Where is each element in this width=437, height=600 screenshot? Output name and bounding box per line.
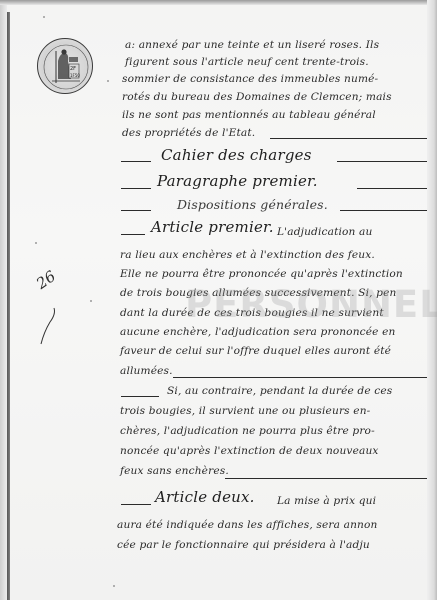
- page-top-edge: [0, 0, 437, 5]
- section-title: Cahier des charges: [161, 148, 312, 162]
- filler-rule: [121, 504, 151, 505]
- filler-rule: [121, 396, 159, 397]
- text-line: figurent sous l'article neuf cent trente…: [125, 55, 369, 69]
- paper-speck: [35, 242, 37, 244]
- text-line: aura été indiquée dans les affiches, ser…: [117, 518, 378, 532]
- filler-rule: [270, 138, 427, 139]
- text-line: ils ne sont pas mentionnés au tableau gé…: [122, 108, 376, 122]
- filler-rule: [337, 161, 427, 162]
- text-line: rotés du bureau des Domaines de Clemcen;…: [122, 90, 392, 104]
- text-line: feux sans enchères.: [120, 464, 229, 478]
- text-line: chères, l'adjudication ne pourra plus êt…: [120, 424, 375, 438]
- paper-speck: [90, 300, 92, 302]
- paper-speck: [43, 16, 45, 18]
- subsection-title: Dispositions générales.: [177, 198, 328, 212]
- text-line: Elle ne pourra être prononcée qu'après l…: [120, 267, 403, 281]
- paper-speck: [113, 585, 115, 587]
- text-line: La mise à prix qui: [277, 494, 376, 508]
- text-line: aucune enchère, l'adjudication sera pron…: [120, 325, 396, 339]
- filler-rule: [357, 188, 427, 189]
- text-line: trois bougies, il survient une ou plusie…: [120, 404, 370, 418]
- binding-shadow: [0, 5, 7, 600]
- text-line: cée par le fonctionnaire qui présidera à…: [117, 538, 370, 552]
- page-right-edge: [427, 0, 437, 600]
- filler-rule: [121, 210, 151, 211]
- binding-margin-line: [7, 12, 10, 600]
- article-title: Article deux.: [155, 490, 255, 504]
- text-line: de trois bougies allumées successivement…: [120, 286, 396, 300]
- text-line: sommier de consistance des immeubles num…: [122, 72, 378, 86]
- text-line: a: annexé par une teinte et un liseré ro…: [125, 38, 379, 52]
- filler-rule: [121, 188, 151, 189]
- text-line: allumées.: [120, 364, 173, 378]
- margin-stroke-icon: [38, 306, 58, 346]
- document-page: 2F 1F50 26 a: annexé par une teinte et u…: [0, 0, 437, 600]
- filler-rule: [173, 377, 427, 378]
- paragraph-title: Paragraphe premier.: [157, 174, 318, 188]
- filler-rule: [121, 161, 151, 162]
- filler-rule: [121, 234, 145, 235]
- paper-speck: [107, 80, 109, 82]
- fiscal-stamp-icon: 2F 1F50: [37, 38, 93, 94]
- svg-text:2F: 2F: [70, 66, 76, 72]
- filler-rule: [340, 210, 427, 211]
- text-line: noncée qu'après l'extinction de deux nou…: [120, 444, 379, 458]
- text-line: dant la durée de ces trois bougies il ne…: [120, 306, 384, 320]
- margin-annotation: 26: [33, 267, 59, 293]
- svg-text:1F50: 1F50: [70, 73, 80, 78]
- text-line: L'adjudication au: [277, 225, 372, 239]
- text-line: Si, au contraire, pendant la durée de ce…: [167, 384, 392, 398]
- article-title: Article premier.: [151, 220, 274, 234]
- text-line: faveur de celui sur l'offre duquel elles…: [120, 344, 391, 358]
- filler-rule: [225, 478, 427, 479]
- text-line: ra lieu aux enchères et à l'extinction d…: [120, 248, 375, 262]
- text-line: des propriétés de l'Etat.: [122, 126, 255, 140]
